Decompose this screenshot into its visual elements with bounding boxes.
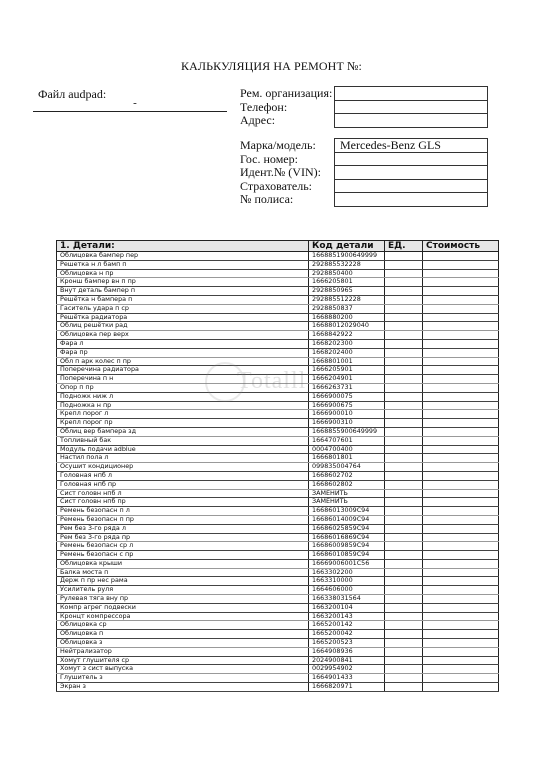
part-unit <box>385 515 423 524</box>
part-unit <box>385 357 423 366</box>
part-cost <box>423 656 499 665</box>
part-unit <box>385 339 423 348</box>
part-code: 16686009859C94 <box>309 542 385 551</box>
part-unit <box>385 454 423 463</box>
part-code: 1666820971 <box>309 683 385 692</box>
part-name: Внут деталь бампер п <box>57 287 309 296</box>
part-cost <box>423 313 499 322</box>
table-row: Рем без 3-го ряда пр16686016869C94 <box>57 533 499 542</box>
part-code: 1666205801 <box>309 278 385 287</box>
part-cost <box>423 674 499 683</box>
part-code: 2928850965 <box>309 287 385 296</box>
part-cost <box>423 586 499 595</box>
part-code: 1664606000 <box>309 586 385 595</box>
table-row: Балка моста п1663302200 <box>57 568 499 577</box>
part-code: 292885532228 <box>309 260 385 269</box>
vehicle-boxes: Mercedes-Benz GLS <box>334 138 488 207</box>
part-code: ЗАМЕНИТЬ <box>309 498 385 507</box>
part-name: Глушитель з <box>57 674 309 683</box>
part-name: Держ п пр нес рама <box>57 577 309 586</box>
file-underline <box>33 111 227 112</box>
part-cost <box>423 489 499 498</box>
table-row: Решётка н бампера п292885512228 <box>57 295 499 304</box>
part-code: 1666900075 <box>309 392 385 401</box>
part-name: Компр агрег подвески <box>57 603 309 612</box>
part-cost <box>423 436 499 445</box>
part-cost <box>423 427 499 436</box>
organization-boxes <box>334 86 488 128</box>
part-cost <box>423 269 499 278</box>
part-name: Сист головн нпб пр <box>57 498 309 507</box>
part-code: 1666801801 <box>309 454 385 463</box>
part-name: Гаситель удара п ср <box>57 304 309 313</box>
part-unit <box>385 313 423 322</box>
part-code: 1665200523 <box>309 639 385 648</box>
part-name: Фара л <box>57 339 309 348</box>
part-code: 0004700400 <box>309 445 385 454</box>
part-code: 16669006001C56 <box>309 559 385 568</box>
table-row: Поперечина п н1666204901 <box>57 375 499 384</box>
part-name: Хомут з сист выпуска <box>57 665 309 674</box>
phone-field[interactable] <box>334 101 488 115</box>
part-name: Усилитель руля <box>57 586 309 595</box>
part-name: Настил пола л <box>57 454 309 463</box>
part-code: 2928850837 <box>309 304 385 313</box>
make-model-label: Марка/модель: <box>240 139 321 153</box>
part-cost <box>423 454 499 463</box>
parts-table-body: Облицовка бампер пер1668851900649999Реше… <box>57 252 499 692</box>
part-code: 292885512228 <box>309 295 385 304</box>
part-code: 1664908936 <box>309 647 385 656</box>
part-name: Ремень безопасн п пр <box>57 515 309 524</box>
part-unit <box>385 595 423 604</box>
table-row: Решетка н л бамп п292885532228 <box>57 260 499 269</box>
part-code: 16688012029040 <box>309 322 385 331</box>
table-row: Хомут з сист выпуска0029954902 <box>57 665 499 674</box>
table-row: Облицовка пер верх1668842922 <box>57 331 499 340</box>
part-name: Решётка радиатора <box>57 313 309 322</box>
plate-field[interactable] <box>334 153 488 167</box>
part-name: Нейтрализатор <box>57 647 309 656</box>
part-code: 1666900310 <box>309 419 385 428</box>
table-row: Ремень безопасн п пр16686014009C94 <box>57 515 499 524</box>
table-row: Сист головн нпб прЗАМЕНИТЬ <box>57 498 499 507</box>
part-unit <box>385 577 423 586</box>
part-code: 1664901433 <box>309 674 385 683</box>
part-unit <box>385 427 423 436</box>
part-name: Облицовка бампер пер <box>57 252 309 261</box>
table-row: Экран з1666820971 <box>57 683 499 692</box>
part-cost <box>423 322 499 331</box>
part-code: 1666263731 <box>309 383 385 392</box>
part-cost <box>423 595 499 604</box>
part-unit <box>385 639 423 648</box>
part-name: Подножк ниж л <box>57 392 309 401</box>
part-code: 1666900675 <box>309 401 385 410</box>
make-model-field[interactable]: Mercedes-Benz GLS <box>334 138 488 153</box>
part-code: 1668202400 <box>309 348 385 357</box>
table-row: Держ п пр нес рама1663310000 <box>57 577 499 586</box>
table-row: Настил пола л1666801801 <box>57 454 499 463</box>
table-row: Крепл порог л1666900010 <box>57 410 499 419</box>
part-unit <box>385 383 423 392</box>
part-name: Облицовка п <box>57 630 309 639</box>
part-code: 1663200104 <box>309 603 385 612</box>
part-name: Подножка н пр <box>57 401 309 410</box>
part-unit <box>385 507 423 516</box>
part-code: 1665200042 <box>309 630 385 639</box>
part-code: 1665200142 <box>309 621 385 630</box>
part-name: Экран з <box>57 683 309 692</box>
part-name: Ремень безопасн ср л <box>57 542 309 551</box>
vehicle-labels: Марка/модель: Гос. номер: Идент.№ (VIN):… <box>240 139 321 207</box>
part-cost <box>423 507 499 516</box>
part-code: 099835004764 <box>309 463 385 472</box>
part-unit <box>385 252 423 261</box>
file-label: Файл audpad: <box>38 87 106 102</box>
part-unit <box>385 559 423 568</box>
table-row: Сист головн нпб лЗАМЕНИТЬ <box>57 489 499 498</box>
part-unit <box>385 304 423 313</box>
table-row: Облицовка з1665200523 <box>57 639 499 648</box>
part-cost <box>423 463 499 472</box>
part-cost <box>423 375 499 384</box>
part-cost <box>423 683 499 692</box>
part-unit <box>385 586 423 595</box>
table-row: Облицовка крыши16669006001C56 <box>57 559 499 568</box>
part-unit <box>385 471 423 480</box>
part-cost <box>423 366 499 375</box>
part-name: Кронш бампер вн п пр <box>57 278 309 287</box>
part-unit <box>385 436 423 445</box>
document-title: КАЛЬКУЛЯЦИЯ НА РЕМОНТ №: <box>0 59 543 74</box>
part-unit <box>385 656 423 665</box>
header-parts: 1. Детали: <box>57 241 309 252</box>
table-row: Осушит кондиционер099835004764 <box>57 463 499 472</box>
part-cost <box>423 665 499 674</box>
part-name: Топливный бак <box>57 436 309 445</box>
part-unit <box>385 410 423 419</box>
part-name: Кронцт компрессора <box>57 612 309 621</box>
part-name: Хомут глушителя ср <box>57 656 309 665</box>
part-unit <box>385 366 423 375</box>
part-unit <box>385 463 423 472</box>
part-unit <box>385 401 423 410</box>
part-cost <box>423 445 499 454</box>
part-code: 0029954902 <box>309 665 385 674</box>
part-unit <box>385 445 423 454</box>
part-code: 1666205901 <box>309 366 385 375</box>
part-code: 1668880200 <box>309 313 385 322</box>
part-unit <box>385 683 423 692</box>
part-cost <box>423 524 499 533</box>
parts-table: 1. Детали: Код детали ЕД. Стоимость Обли… <box>56 240 499 692</box>
part-cost <box>423 647 499 656</box>
table-row: Ремень безопасн с пр16686010859C94 <box>57 551 499 560</box>
part-unit <box>385 331 423 340</box>
table-row: Опор п пр1666263731 <box>57 383 499 392</box>
address-label: Адрес: <box>240 114 332 128</box>
table-row: Облицовка бампер пер1668851900649999 <box>57 252 499 261</box>
part-code: ЗАМЕНИТЬ <box>309 489 385 498</box>
part-unit <box>385 278 423 287</box>
vin-label: Идент.№ (VIN): <box>240 166 321 180</box>
part-name: Опор п пр <box>57 383 309 392</box>
part-cost <box>423 357 499 366</box>
part-cost <box>423 348 499 357</box>
part-cost <box>423 542 499 551</box>
part-name: Поперечина п н <box>57 375 309 384</box>
part-code: 16686013009C94 <box>309 507 385 516</box>
part-name: Облицовка з <box>57 639 309 648</box>
table-row: Нейтрализатор1664908936 <box>57 647 499 656</box>
table-row: Облиц решётки рад16688012029040 <box>57 322 499 331</box>
part-name: Поперечина радиатора <box>57 366 309 375</box>
table-row: Подножка н пр1666900675 <box>57 401 499 410</box>
part-code: 166338031564 <box>309 595 385 604</box>
part-name: Крепл порог пр <box>57 419 309 428</box>
part-cost <box>423 480 499 489</box>
header-unit: ЕД. <box>385 241 423 252</box>
part-cost <box>423 278 499 287</box>
table-row: Ремень безопасн ср л16686009859C94 <box>57 542 499 551</box>
part-name: Рулевая тяга вну пр <box>57 595 309 604</box>
part-name: Решётка н бампера п <box>57 295 309 304</box>
part-unit <box>385 612 423 621</box>
part-unit <box>385 322 423 331</box>
part-name: Облицовка ср <box>57 621 309 630</box>
table-row: Внут деталь бампер п2928850965 <box>57 287 499 296</box>
part-cost <box>423 304 499 313</box>
part-name: Облиц решётки рад <box>57 322 309 331</box>
part-unit <box>385 603 423 612</box>
policy-label: № полиса: <box>240 193 321 207</box>
part-name: Рем без 3-го ряда пр <box>57 533 309 542</box>
organization-labels: Рем. организация: Телефон: Адрес: <box>240 87 332 128</box>
table-row: Облицовка ср1665200142 <box>57 621 499 630</box>
table-row: Топливный бак1664707601 <box>57 436 499 445</box>
table-row: Гаситель удара п ср2928850837 <box>57 304 499 313</box>
part-cost <box>423 577 499 586</box>
address-field[interactable] <box>334 114 488 128</box>
part-code: 1668851900649999 <box>309 252 385 261</box>
table-row: Подножк ниж л1666900075 <box>57 392 499 401</box>
part-unit <box>385 665 423 674</box>
table-row: Хомут глушителя ср2024900841 <box>57 656 499 665</box>
part-code: 1664707601 <box>309 436 385 445</box>
part-code: 2024900841 <box>309 656 385 665</box>
part-cost <box>423 603 499 612</box>
part-code: 16686014009C94 <box>309 515 385 524</box>
table-row: Компр агрег подвески1663200104 <box>57 603 499 612</box>
part-code: 1666900010 <box>309 410 385 419</box>
table-row: Головная нпб л1668602702 <box>57 471 499 480</box>
part-name: Решетка н л бамп п <box>57 260 309 269</box>
part-unit <box>385 419 423 428</box>
part-name: Модуль подачи adblue <box>57 445 309 454</box>
table-row: Рем без 3-го ряда л16686025859C94 <box>57 524 499 533</box>
part-unit <box>385 348 423 357</box>
part-cost <box>423 410 499 419</box>
part-cost <box>423 339 499 348</box>
part-name: Головная нпб пр <box>57 480 309 489</box>
part-cost <box>423 498 499 507</box>
insured-label: Страхователь: <box>240 180 321 194</box>
part-name: Облицовка пер верх <box>57 331 309 340</box>
part-name: Ремень безопасн с пр <box>57 551 309 560</box>
part-code: 16686010859C94 <box>309 551 385 560</box>
table-row: Кронш бампер вн п пр1666205801 <box>57 278 499 287</box>
part-name: Головная нпб л <box>57 471 309 480</box>
table-row: Глушитель з1664901433 <box>57 674 499 683</box>
org-name-field[interactable] <box>334 86 488 101</box>
part-cost <box>423 471 499 480</box>
table-row: Кронцт компрессора1663200143 <box>57 612 499 621</box>
part-cost <box>423 252 499 261</box>
table-row: Облицовка н пр2928850400 <box>57 269 499 278</box>
part-cost <box>423 260 499 269</box>
part-unit <box>385 498 423 507</box>
table-row: Рулевая тяга вну пр166338031564 <box>57 595 499 604</box>
part-unit <box>385 551 423 560</box>
part-name: Балка моста п <box>57 568 309 577</box>
table-row: Усилитель руля1664606000 <box>57 586 499 595</box>
part-name: Обл п арк колес п пр <box>57 357 309 366</box>
policy-field[interactable] <box>334 193 488 207</box>
part-cost <box>423 621 499 630</box>
part-cost <box>423 559 499 568</box>
table-row: Ремень безопасн п л16686013009C94 <box>57 507 499 516</box>
part-cost <box>423 401 499 410</box>
part-unit <box>385 489 423 498</box>
part-name: Рем без 3-го ряда л <box>57 524 309 533</box>
table-row: Решётка радиатора1668880200 <box>57 313 499 322</box>
part-name: Фара пр <box>57 348 309 357</box>
table-row: Облиц вер бампера зд1668855900649999 <box>57 427 499 436</box>
part-cost <box>423 551 499 560</box>
part-name: Сист головн нпб л <box>57 489 309 498</box>
part-unit <box>385 542 423 551</box>
part-code: 1668602702 <box>309 471 385 480</box>
part-code: 2928850400 <box>309 269 385 278</box>
part-name: Облицовка н пр <box>57 269 309 278</box>
part-unit <box>385 295 423 304</box>
part-cost <box>423 419 499 428</box>
part-unit <box>385 630 423 639</box>
part-unit <box>385 287 423 296</box>
vin-field[interactable] <box>334 166 488 180</box>
table-row: Модуль подачи adblue0004700400 <box>57 445 499 454</box>
part-unit <box>385 647 423 656</box>
part-cost <box>423 612 499 621</box>
part-cost <box>423 533 499 542</box>
part-unit <box>385 533 423 542</box>
part-cost <box>423 568 499 577</box>
file-value: - <box>130 97 140 109</box>
part-cost <box>423 630 499 639</box>
header-cost: Стоимость <box>423 241 499 252</box>
part-unit <box>385 674 423 683</box>
part-unit <box>385 269 423 278</box>
part-code: 1663200143 <box>309 612 385 621</box>
part-name: Облицовка крыши <box>57 559 309 568</box>
table-row: Поперечина радиатора1666205901 <box>57 366 499 375</box>
parts-table-header: 1. Детали: Код детали ЕД. Стоимость <box>57 241 499 252</box>
part-unit <box>385 392 423 401</box>
table-row: Облицовка п1665200042 <box>57 630 499 639</box>
part-name: Ремень безопасн п л <box>57 507 309 516</box>
header-part-code: Код детали <box>309 241 385 252</box>
part-code: 16686025859C94 <box>309 524 385 533</box>
part-cost <box>423 287 499 296</box>
table-row: Фара л1668202300 <box>57 339 499 348</box>
org-name-label: Рем. организация: <box>240 87 332 101</box>
insured-field[interactable] <box>334 180 488 194</box>
part-unit <box>385 568 423 577</box>
table-row: Крепл порог пр1666900310 <box>57 419 499 428</box>
part-code: 1668855900649999 <box>309 427 385 436</box>
part-code: 1668842922 <box>309 331 385 340</box>
table-row: Фара пр1668202400 <box>57 348 499 357</box>
part-unit <box>385 375 423 384</box>
part-cost <box>423 639 499 648</box>
part-cost <box>423 392 499 401</box>
part-code: 1663310000 <box>309 577 385 586</box>
part-unit <box>385 480 423 489</box>
phone-label: Телефон: <box>240 101 332 115</box>
part-code: 1668602802 <box>309 480 385 489</box>
part-unit <box>385 524 423 533</box>
part-cost <box>423 331 499 340</box>
part-name: Крепл порог л <box>57 410 309 419</box>
part-unit <box>385 621 423 630</box>
part-code: 1668202300 <box>309 339 385 348</box>
part-cost <box>423 515 499 524</box>
part-unit <box>385 260 423 269</box>
plate-label: Гос. номер: <box>240 153 321 167</box>
table-row: Обл п арк колес п пр1668801001 <box>57 357 499 366</box>
part-code: 1668801001 <box>309 357 385 366</box>
part-cost <box>423 295 499 304</box>
part-cost <box>423 383 499 392</box>
part-name: Облиц вер бампера зд <box>57 427 309 436</box>
table-row: Головная нпб пр1668602802 <box>57 480 499 489</box>
part-code: 16686016869C94 <box>309 533 385 542</box>
part-code: 1663302200 <box>309 568 385 577</box>
part-code: 1666204901 <box>309 375 385 384</box>
part-name: Осушит кондиционер <box>57 463 309 472</box>
